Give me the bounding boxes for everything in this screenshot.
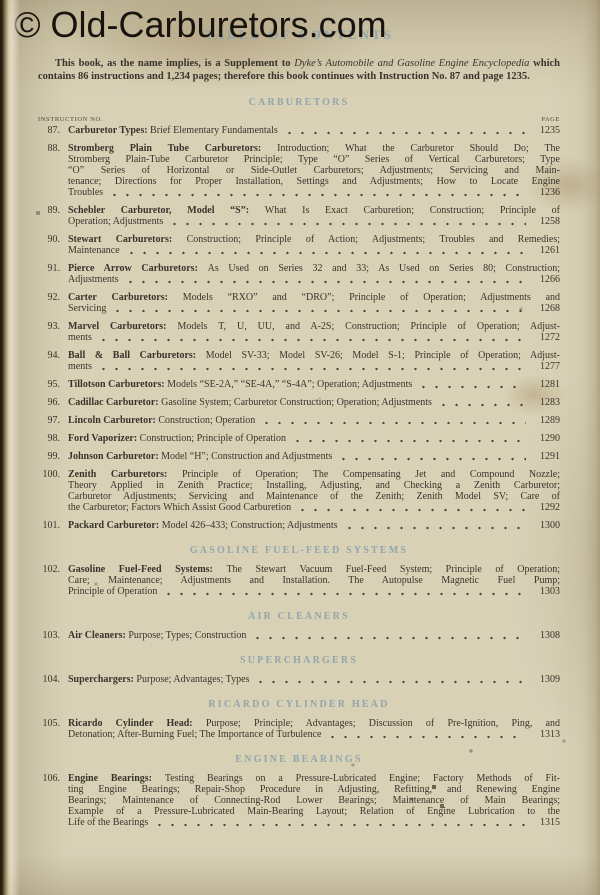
dot-leader [422, 385, 526, 389]
section-heading: GASOLINE FUEL-FEED SYSTEMS [38, 545, 560, 556]
dot-leader [113, 193, 526, 197]
entry-title: Air Cleaners: [68, 630, 128, 641]
toc-entry: 106.Engine Bearings: Testing Bearings on… [38, 773, 560, 828]
entry-line-text: Bearings; Maintenance of Connecting-Rod … [68, 795, 560, 806]
instruction-no-label: INSTRUCTION NO. [38, 116, 103, 123]
entry-number: 95. [38, 379, 60, 390]
dot-leader [442, 403, 526, 407]
entry-title: Stromberg Plain Tube Carburetors: [68, 143, 277, 154]
entry-line-text: Stromberg Plain-Tube Carburetor Principl… [68, 154, 560, 165]
entry-line-text: Stewart Carburetors: Construction; Princ… [68, 234, 560, 245]
entry-title: Ford Vaporizer: [68, 433, 140, 444]
entry-line: Gasoline Fuel-Feed Systems: The Stewart … [68, 564, 560, 575]
entry-line-text: Ball & Ball Carburetors: Model SV-33; Mo… [68, 350, 560, 361]
toc-entry: 100.Zenith Carburetors: Principle of Ope… [38, 469, 560, 513]
entry-title: Engine Bearings: [68, 773, 165, 784]
entry-number: 103. [38, 630, 60, 641]
dot-leader [167, 592, 526, 596]
entry-line-text: Air Cleaners: Purpose; Types; Constructi… [68, 630, 246, 641]
dot-leader [173, 222, 526, 226]
entry-page-number: 1313 [534, 729, 560, 740]
entry-line: Care; Maintenance; Adjustments and Insta… [68, 575, 560, 586]
entry-line: Stewart Carburetors: Construction; Princ… [68, 234, 560, 245]
entry-number: 106. [38, 773, 60, 784]
entry-title: Lincoln Carburetor: [68, 415, 158, 426]
entry-line: Stromberg Plain-Tube Carburetor Principl… [68, 154, 560, 165]
entry-line: Ball & Ball Carburetors: Model SV-33; Mo… [68, 350, 560, 361]
entry-number: 98. [38, 433, 60, 444]
toc-entry: 87.Carburetor Types: Brief Elementary Fu… [38, 125, 560, 136]
entry-line-text: ments [68, 332, 92, 343]
entry-line: Engine Bearings: Testing Bearings on a P… [68, 773, 560, 784]
entry-line: Lincoln Carburetor: Construction; Operat… [68, 415, 560, 426]
entry-page-number: 1308 [534, 630, 560, 641]
entry-number: 101. [38, 520, 60, 531]
entry-line: Ricardo Cylinder Head: Purpose; Principl… [68, 718, 560, 729]
entry-page-number: 1300 [534, 520, 560, 531]
entry-title: Stewart Carburetors: [68, 234, 187, 245]
dot-leader [301, 508, 526, 512]
page-right-edge [584, 0, 600, 895]
section-heading: CARBURETORS [38, 97, 560, 108]
entry-number: 102. [38, 564, 60, 575]
entry-line: Example of a Pressure-Lubricated Main-Be… [68, 806, 560, 817]
entry-line-text: the Carburetor; Factors Which Assist Goo… [68, 502, 291, 513]
intro-paragraph: This book, as the name implies, is a Sup… [38, 58, 560, 83]
entry-page-number: 1236 [534, 187, 560, 198]
toc: CARBURETORSINSTRUCTION NO.PAGE87.Carbure… [38, 97, 560, 828]
entry-line-text: Principle of Operation [68, 586, 157, 597]
entry-line: Carter Carburetors: Models “RXO” and “DR… [68, 292, 560, 303]
entry-page-number: 1315 [534, 817, 560, 828]
entry-line: Air Cleaners: Purpose; Types; Constructi… [68, 630, 560, 641]
entry-title: Pierce Arrow Carburetors: [68, 263, 208, 274]
entry-title: Ricardo Cylinder Head: [68, 718, 206, 729]
dot-leader [288, 131, 526, 135]
page-label: PAGE [541, 116, 560, 123]
entry-page-number: 1272 [534, 332, 560, 343]
entry-page-number: 1268 [534, 303, 560, 314]
entry-line-text: Ford Vaporizer: Construction; Principle … [68, 433, 286, 444]
entry-page-number: 1261 [534, 245, 560, 256]
entry-number: 104. [38, 674, 60, 685]
entry-page-number: 1303 [534, 586, 560, 597]
entry-line-text: Example of a Pressure-Lubricated Main-Be… [68, 806, 560, 817]
entry-line: Operation; Adjustments1258 [68, 216, 560, 227]
entry-line: Zenith Carburetors: Principle of Operati… [68, 469, 560, 480]
entry-line: Ford Vaporizer: Construction; Principle … [68, 433, 560, 444]
entry-title: Johnson Carburetor: [68, 451, 161, 462]
entry-title: Ball & Ball Carburetors: [68, 350, 206, 361]
entry-line: Stromberg Plain Tube Carburetors: Introd… [68, 143, 560, 154]
dot-leader [116, 309, 526, 313]
section-heading: RICARDO CYLINDER HEAD [38, 699, 560, 710]
dot-leader [296, 439, 526, 443]
entry-page-number: 1266 [534, 274, 560, 285]
entry-title: Cadillac Carburetor: [68, 397, 161, 408]
entry-line: Marvel Carburetors: Models T, U, UU, and… [68, 321, 560, 332]
page-left-edge [0, 0, 20, 895]
entry-number: 92. [38, 292, 60, 303]
intro-text-1: This book, as the name implies, is a Sup… [55, 58, 294, 69]
entry-line: Johnson Carburetor: Model “H”; Construct… [68, 451, 560, 462]
entry-line-text: Marvel Carburetors: Models T, U, UU, and… [68, 321, 560, 332]
entry-line: Carburetor Types: Brief Elementary Funda… [68, 125, 560, 136]
entry-line: Servicing1268 [68, 303, 560, 314]
entry-page-number: 1289 [534, 415, 560, 426]
entry-page-number: 1283 [534, 397, 560, 408]
section-heading: AIR CLEANERS [38, 611, 560, 622]
entry-number: 90. [38, 234, 60, 245]
dot-leader [342, 457, 526, 461]
toc-entry: 90.Stewart Carburetors: Construction; Pr… [38, 234, 560, 256]
toc-entry: 97.Lincoln Carburetor: Construction; Ope… [38, 415, 560, 426]
entry-line-text: Johnson Carburetor: Model “H”; Construct… [68, 451, 332, 462]
entry-line-text: Lincoln Carburetor: Construction; Operat… [68, 415, 255, 426]
dot-leader [130, 251, 526, 255]
entry-number: 87. [38, 125, 60, 136]
toc-entry: 98.Ford Vaporizer: Construction; Princip… [38, 433, 560, 444]
entry-page-number: 1292 [534, 502, 560, 513]
entry-line-text: Maintenance [68, 245, 120, 256]
entry-page-number: 1309 [534, 674, 560, 685]
entry-page-number: 1277 [534, 361, 560, 372]
entry-line: ments1272 [68, 332, 560, 343]
page-content: TABLE OF CONTENTS This book, as the name… [38, 0, 560, 835]
entry-line-text: Troubles [68, 187, 103, 198]
toc-entry: 95.Tillotson Carburetors: Models “SE-2A,… [38, 379, 560, 390]
entry-line-text: Packard Carburetor: Model 426–433; Const… [68, 520, 338, 531]
entry-page-number: 1290 [534, 433, 560, 444]
entry-title: Carter Carburetors: [68, 292, 183, 303]
toc-entry: 92.Carter Carburetors: Models “RXO” and … [38, 292, 560, 314]
entry-line: the Carburetor; Factors Which Assist Goo… [68, 502, 560, 513]
entry-line-text: Detonation; After-Burning Fuel; The Impo… [68, 729, 321, 740]
entry-line-text: Servicing [68, 303, 106, 314]
entry-line-text: ting Engine Bearings; Repair-Shop Proced… [68, 784, 560, 795]
entry-line: tenance; Directions for Proper Installat… [68, 176, 560, 187]
entry-line: Tillotson Carburetors: Models “SE-2A,” “… [68, 379, 560, 390]
entry-line-text: Theory Applied in Zenith Practice; Insta… [68, 480, 560, 491]
entry-number: 96. [38, 397, 60, 408]
toc-entry: 101.Packard Carburetor: Model 426–433; C… [38, 520, 560, 531]
entry-line: Superchargers: Purpose; Advantages; Type… [68, 674, 560, 685]
entry-line-text: Adjustments [68, 274, 119, 285]
entry-number: 99. [38, 451, 60, 462]
section-heading: ENGINE BEARINGS [38, 754, 560, 765]
entry-line: Theory Applied in Zenith Practice; Insta… [68, 480, 560, 491]
entry-line: ments1277 [68, 361, 560, 372]
entry-line-text: Life of the Bearings [68, 817, 148, 828]
entry-title: Schebler Carburetor, Model “S”: [68, 205, 265, 216]
entry-line: Packard Carburetor: Model 426–433; Const… [68, 520, 560, 531]
dot-leader [259, 680, 526, 684]
entry-line-text: tenance; Directions for Proper Installat… [68, 176, 560, 187]
entry-line: Principle of Operation1303 [68, 586, 560, 597]
entry-line-text: Superchargers: Purpose; Advantages; Type… [68, 674, 249, 685]
entry-line-text: Operation; Adjustments [68, 216, 163, 227]
entry-number: 97. [38, 415, 60, 426]
entry-number: 93. [38, 321, 60, 332]
toc-entry: 91.Pierce Arrow Carburetors: As Used on … [38, 263, 560, 285]
entry-line-text: Tillotson Carburetors: Models “SE-2A,” “… [68, 379, 412, 390]
dot-leader [256, 636, 526, 640]
entry-title: Tillotson Carburetors: [68, 379, 167, 390]
scanned-book-page: { "watermark": "© Old-Carburetors.com", … [0, 0, 600, 895]
toc-entry: 93.Marvel Carburetors: Models T, U, UU, … [38, 321, 560, 343]
entry-line: Life of the Bearings1315 [68, 817, 560, 828]
entry-line-text: Stromberg Plain Tube Carburetors: Introd… [68, 143, 560, 154]
entry-line: Schebler Carburetor, Model “S”: What Is … [68, 205, 560, 216]
toc-entry: 103.Air Cleaners: Purpose; Types; Constr… [38, 630, 560, 641]
dot-leader [158, 823, 526, 827]
entry-page-number: 1235 [534, 125, 560, 136]
entry-page-number: 1291 [534, 451, 560, 462]
entry-number: 89. [38, 205, 60, 216]
entry-title: Marvel Carburetors: [68, 321, 177, 332]
entry-line: Maintenance1261 [68, 245, 560, 256]
toc-entry: 89.Schebler Carburetor, Model “S”: What … [38, 205, 560, 227]
entry-number: 91. [38, 263, 60, 274]
entry-line: Troubles1236 [68, 187, 560, 198]
entry-line-text: Ricardo Cylinder Head: Purpose; Principl… [68, 718, 560, 729]
entry-line: Carburetor Adjustments; Servicing and Ma… [68, 491, 560, 502]
toc-entry: 88.Stromberg Plain Tube Carburetors: Int… [38, 143, 560, 198]
entry-line: Bearings; Maintenance of Connecting-Rod … [68, 795, 560, 806]
section-heading: SUPERCHARGERS [38, 655, 560, 666]
toc-entry: 94.Ball & Ball Carburetors: Model SV-33;… [38, 350, 560, 372]
entry-number: 88. [38, 143, 60, 154]
entry-line-text: Zenith Carburetors: Principle of Operati… [68, 469, 560, 480]
entry-line-text: Engine Bearings: Testing Bearings on a P… [68, 773, 560, 784]
entry-line-text: ments [68, 361, 92, 372]
toc-entry: 104.Superchargers: Purpose; Advantages; … [38, 674, 560, 685]
entry-title: Packard Carburetor: [68, 520, 162, 531]
column-headers: INSTRUCTION NO.PAGE [38, 116, 560, 123]
entry-line-text: “O” Series of Horizontal or Side-Outlet … [68, 165, 560, 176]
entry-line: Cadillac Carburetor: Gasoline System; Ca… [68, 397, 560, 408]
entry-line-text: Carburetor Types: Brief Elementary Funda… [68, 125, 278, 136]
dot-leader [265, 421, 526, 425]
entry-number: 105. [38, 718, 60, 729]
toc-entry: 96.Cadillac Carburetor: Gasoline System;… [38, 397, 560, 408]
intro-book-title: Dyke’s Automobile and Gasoline Engine En… [294, 58, 529, 69]
entry-number: 94. [38, 350, 60, 361]
entry-title: Superchargers: [68, 674, 136, 685]
dot-leader [102, 367, 526, 371]
entry-line: Detonation; After-Burning Fuel; The Impo… [68, 729, 560, 740]
dot-leader [348, 526, 526, 530]
entry-title: Gasoline Fuel-Feed Systems: [68, 564, 226, 575]
entry-line: Adjustments1266 [68, 274, 560, 285]
entry-page-number: 1258 [534, 216, 560, 227]
dot-leader [331, 735, 526, 739]
dot-leader [129, 280, 526, 284]
entry-line: “O” Series of Horizontal or Side-Outlet … [68, 165, 560, 176]
toc-entry: 105.Ricardo Cylinder Head: Purpose; Prin… [38, 718, 560, 740]
entry-title: Carburetor Types: [68, 125, 150, 136]
entry-page-number: 1281 [534, 379, 560, 390]
entry-line-text: Pierce Arrow Carburetors: As Used on Ser… [68, 263, 560, 274]
toc-entry: 102.Gasoline Fuel-Feed Systems: The Stew… [38, 564, 560, 597]
watermark: © Old-Carburetors.com [14, 4, 387, 46]
dot-leader [102, 338, 526, 342]
toc-entry: 99.Johnson Carburetor: Model “H”; Constr… [38, 451, 560, 462]
entry-line-text: Carter Carburetors: Models “RXO” and “DR… [68, 292, 560, 303]
entry-line-text: Cadillac Carburetor: Gasoline System; Ca… [68, 397, 432, 408]
entry-line-text: Schebler Carburetor, Model “S”: What Is … [68, 205, 560, 216]
entry-line-text: Gasoline Fuel-Feed Systems: The Stewart … [68, 564, 560, 575]
entry-line-text: Carburetor Adjustments; Servicing and Ma… [68, 491, 560, 502]
entry-line: ting Engine Bearings; Repair-Shop Proced… [68, 784, 560, 795]
entry-title: Zenith Carburetors: [68, 469, 182, 480]
entry-line-text: Care; Maintenance; Adjustments and Insta… [68, 575, 560, 586]
entry-number: 100. [38, 469, 60, 480]
entry-line: Pierce Arrow Carburetors: As Used on Ser… [68, 263, 560, 274]
